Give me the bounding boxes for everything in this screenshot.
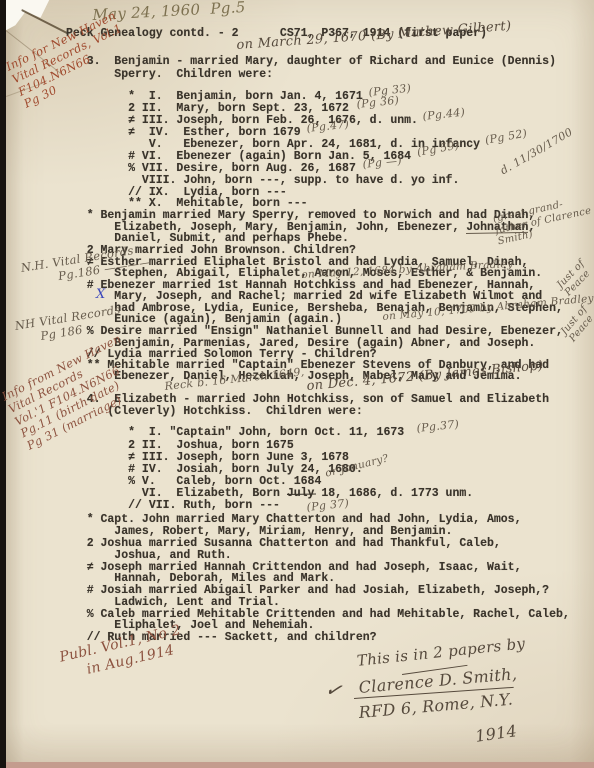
page-ref: (Pg —)	[362, 154, 403, 172]
page-ref: (Pg 36)	[356, 94, 400, 112]
x-mark: X	[96, 287, 106, 303]
page-ref: (Pg.47)	[306, 118, 350, 136]
justice-of-peace-note: Just of Peace	[559, 303, 594, 344]
typed-line: 3. Benjamin - married Mary, daughter of …	[66, 56, 556, 68]
author-note-line4: 1914	[474, 721, 518, 747]
marriage-note-1670: on March 29, 1670 (By Mathew Gilbert)	[236, 19, 512, 54]
tear-shadow	[21, 9, 68, 34]
scanned-page: Peck Genealogy contd. - 2 CS71, P367, 19…	[6, 0, 594, 762]
page-ref: (Pg.44)	[422, 106, 466, 124]
typed-line: // VII. Ruth, born ---	[66, 500, 280, 512]
typed-line: * I. "Captain" John, born Oct. 11, 1673	[66, 427, 404, 439]
check-mark: ✓	[323, 676, 345, 704]
page-ref: (Pg 37)	[306, 497, 350, 515]
page-ref: (Pg.37)	[416, 418, 460, 436]
backing-paper-strip	[6, 761, 594, 768]
greatgrandfather-note: (great grand- father of Clarence Smith)	[492, 194, 594, 248]
page-ref: (Pg 52)	[484, 127, 528, 148]
